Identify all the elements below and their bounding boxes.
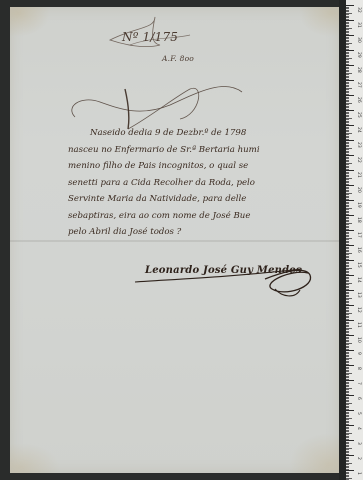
record-line: menino filho de Pais incognitos, o qual … <box>68 158 308 175</box>
paper-stain <box>299 7 339 37</box>
ruler-label: 16 <box>356 247 361 253</box>
record-line: Servinte Maria da Natividade, para delle <box>68 191 308 208</box>
ruler-label: 25 <box>356 112 361 118</box>
ruler-label: 30 <box>356 37 361 43</box>
ruler-label: 1 <box>356 472 361 475</box>
ruler-label: 17 <box>356 232 361 238</box>
paper-stain <box>289 433 339 473</box>
record-line: nasceu no Enfermario de Sr.ª Bertaria hu… <box>68 142 308 159</box>
ruler-label: 14 <box>356 277 361 283</box>
ruler-label: 2 <box>356 457 361 460</box>
ruler-label: 32 <box>356 7 361 13</box>
record-body: Naseido dedia 9 de Dezbr.º de 1798 nasce… <box>68 125 308 241</box>
ruler-label: 8 <box>356 367 361 370</box>
ruler-label: 31 <box>356 22 361 28</box>
ruler-label: 22 <box>356 157 361 163</box>
ruler-label: 4 <box>356 427 361 430</box>
ruler-label: 24 <box>356 127 361 133</box>
ruler-label: 7 <box>356 382 361 385</box>
ruler-label: 5 <box>356 412 361 415</box>
ruler-label: 15 <box>356 262 361 268</box>
paper-stain <box>10 7 50 37</box>
paper-stain <box>10 443 60 473</box>
sub-reference: A.F. 8oo <box>162 54 194 63</box>
ruler-label: 6 <box>356 397 361 400</box>
record-line: sebaptiras, eira ao com nome de José Bue <box>68 208 308 225</box>
ruler-label: 21 <box>356 172 361 178</box>
ruler-label: 27 <box>356 82 361 88</box>
ruler-label: 29 <box>356 52 361 58</box>
ruler-label: 26 <box>356 97 361 103</box>
record-line: pelo Abril dia José todos ? <box>68 224 308 241</box>
ruler-label: 13 <box>356 292 361 298</box>
ruler-label: 28 <box>356 67 361 73</box>
scan-edge <box>339 0 346 480</box>
ruler-label: 18 <box>356 217 361 223</box>
record-line: Naseido dedia 9 de Dezbr.º de 1798 <box>68 125 308 142</box>
measurement-ruler: 3231302928272625242322212019181716151413… <box>346 0 363 480</box>
reference-number: Nº 1/175 <box>122 30 178 44</box>
ruler-label: 9 <box>356 352 361 355</box>
manuscript-page: Nº 1/175 A.F. 8oo Naseido dedia 9 de Dez… <box>10 7 339 473</box>
ruler-label: 20 <box>356 187 361 193</box>
signature: Leonardo José Guy Mendes <box>145 265 302 276</box>
ruler-label: 12 <box>356 307 361 313</box>
ruler-label: 23 <box>356 142 361 148</box>
ruler-label: 3 <box>356 442 361 445</box>
ruler-label: 11 <box>356 322 361 328</box>
ruler-label: 19 <box>356 202 361 208</box>
ruler-label: 10 <box>356 337 361 343</box>
record-line: senetti para a Cida Recolher da Roda, pe… <box>68 175 308 192</box>
